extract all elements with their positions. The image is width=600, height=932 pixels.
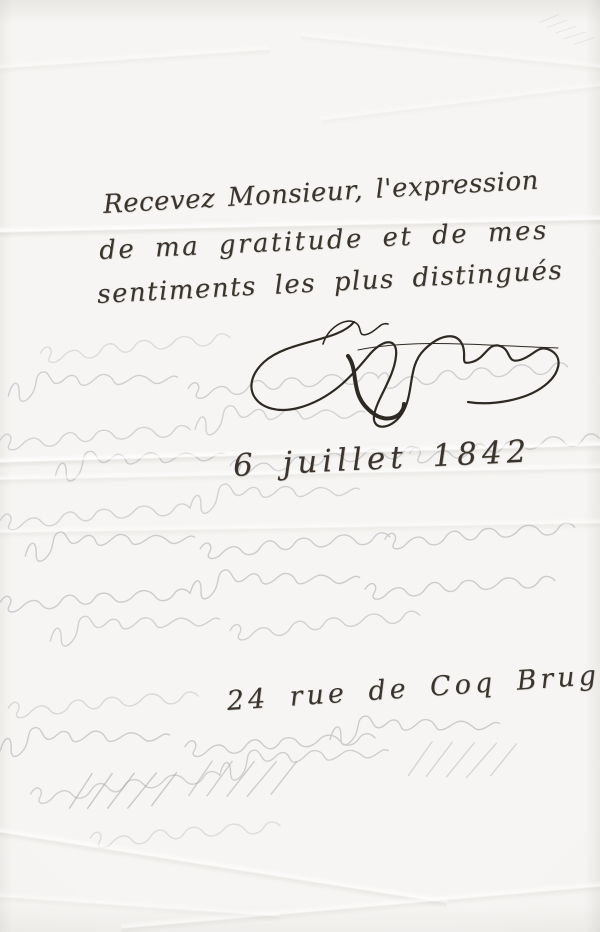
signature-flourish [228,316,573,446]
letter-page: Recevez Monsieur, l'expression de ma gra… [0,0,600,932]
paper-crease [0,819,448,909]
paper-crease [121,874,600,932]
closing-line-2: de ma gratitude et de mes [99,216,550,266]
paper-crease [300,30,600,77]
address-line: 24 rue de Coq Bruges [226,657,600,717]
paper-crease [0,44,270,77]
paper-crease [0,890,280,923]
paper-crease [0,517,600,539]
closing-line-3: sentiments les plus distingués [96,256,564,310]
closing-line-1: Recevez Monsieur, l'expression [102,166,539,220]
paper-crease [320,78,600,126]
